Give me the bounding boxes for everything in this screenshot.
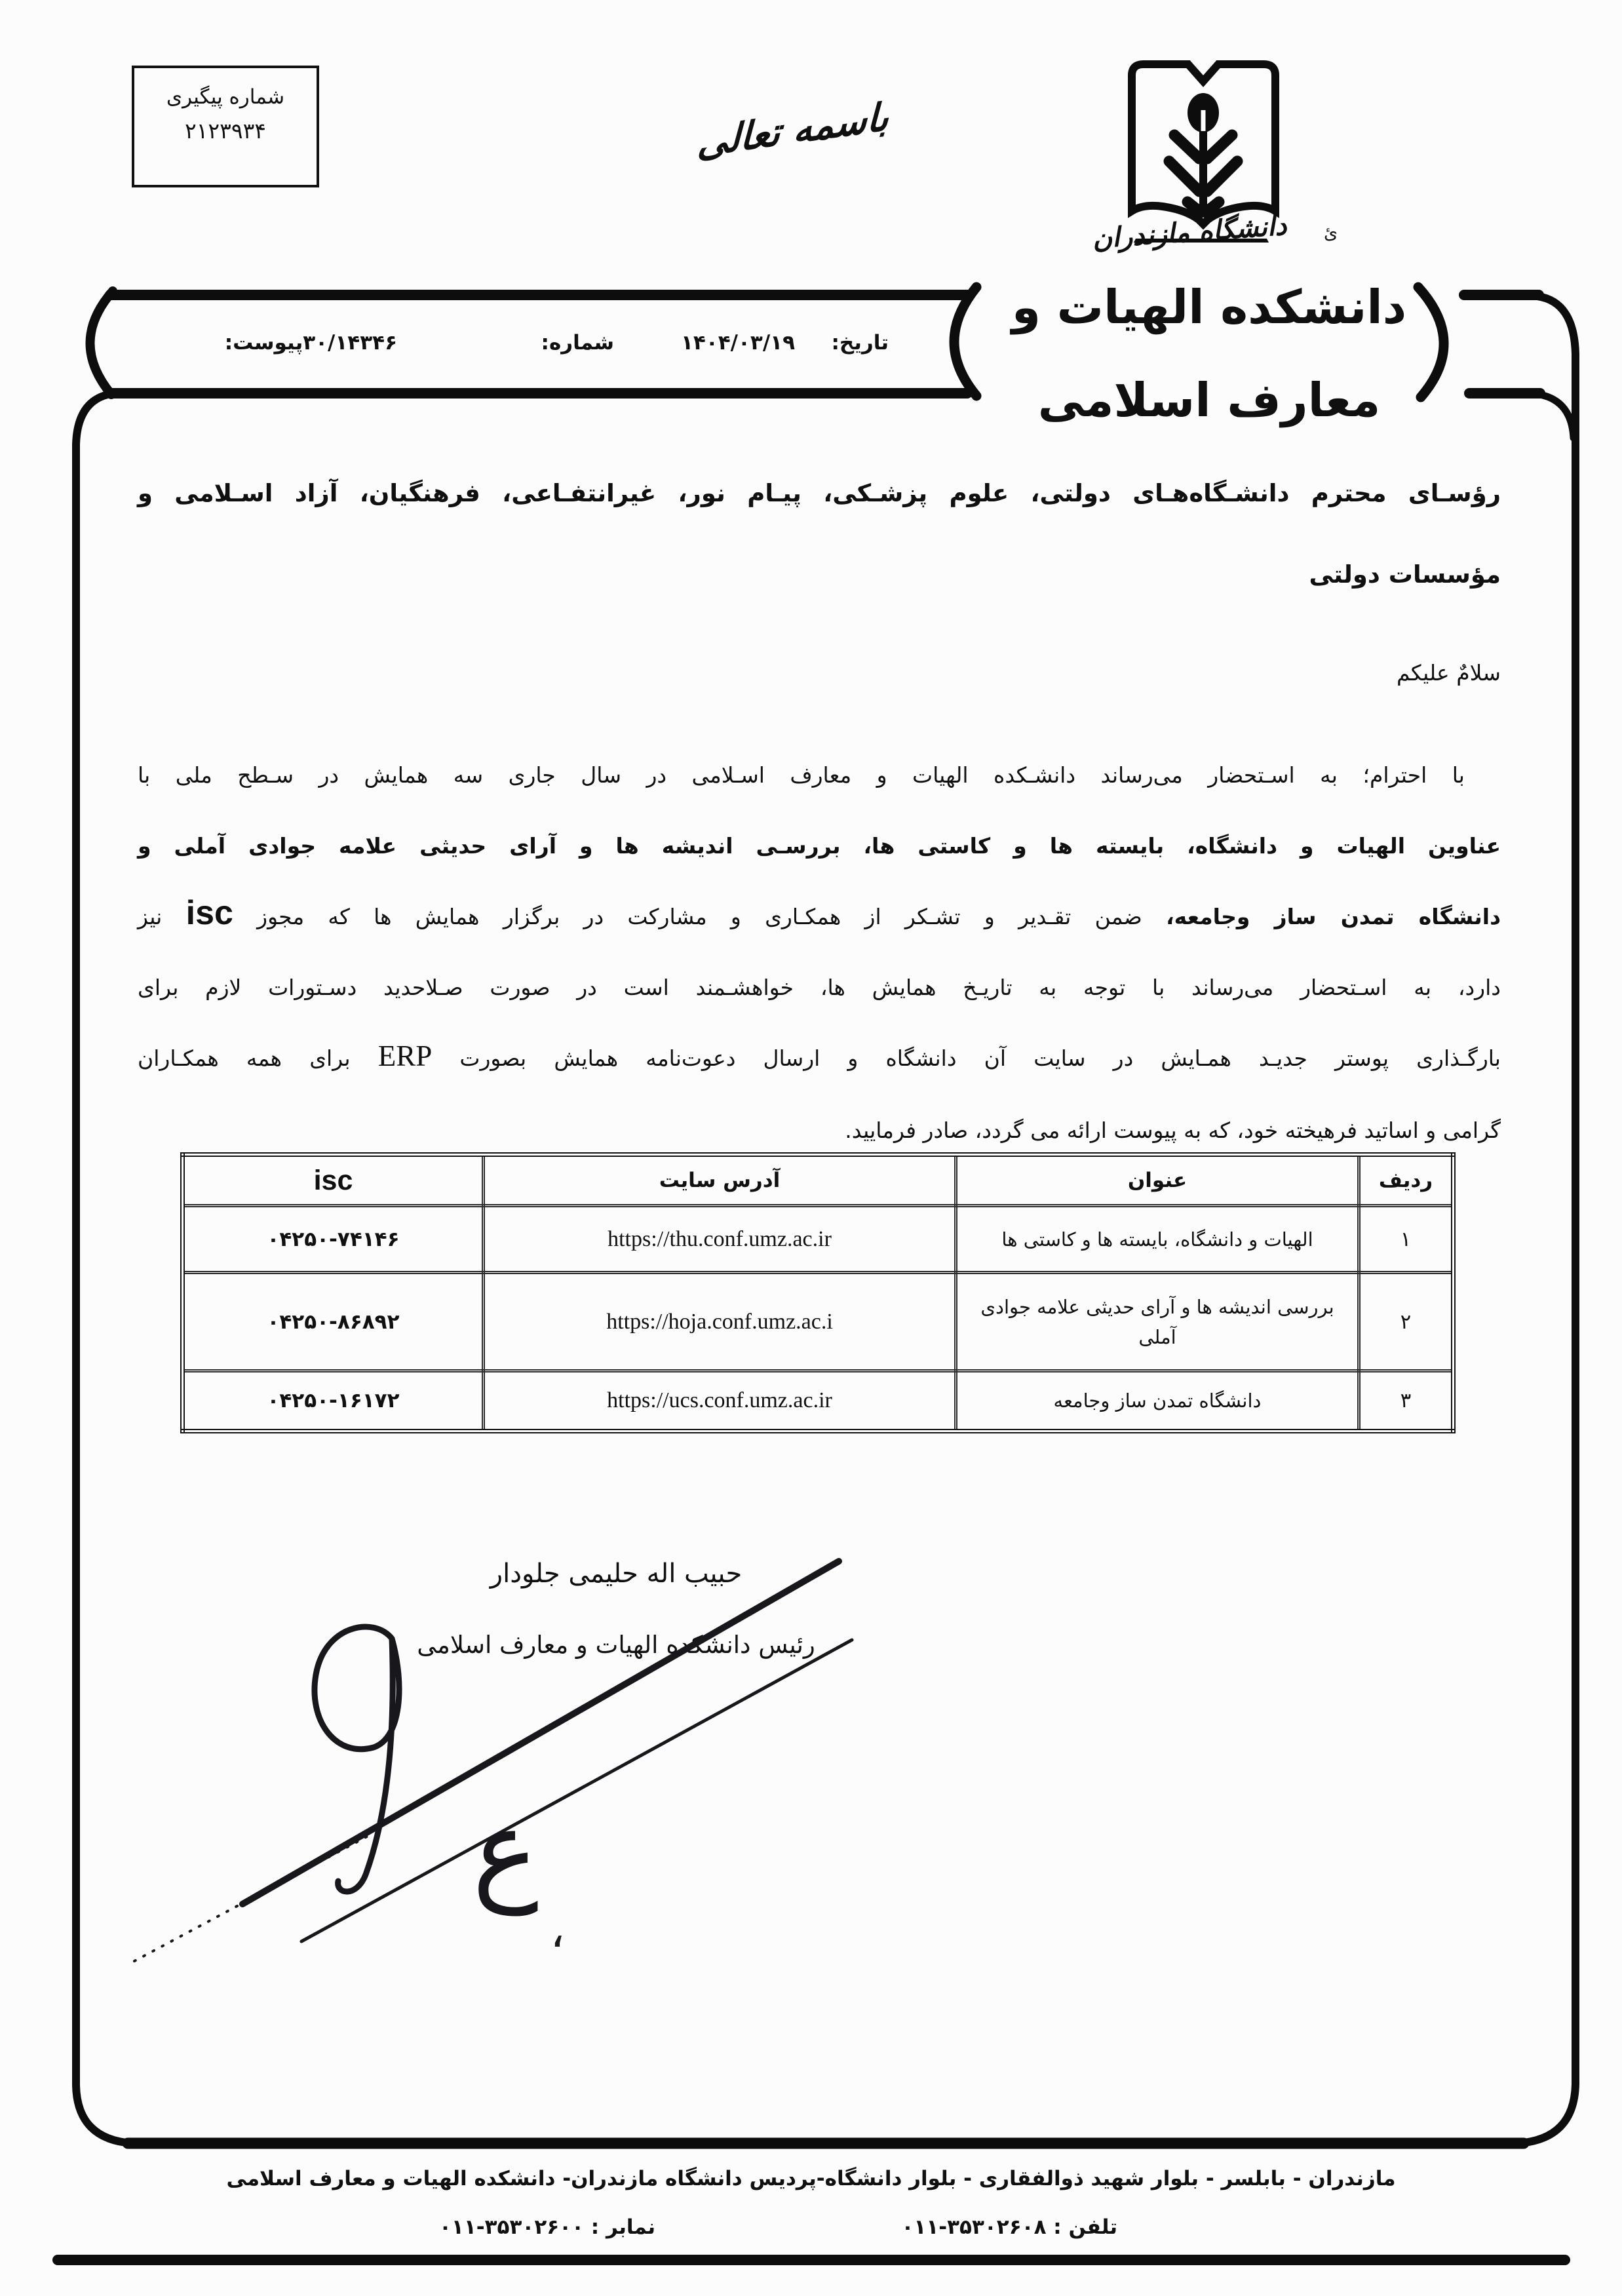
isc-cell: ۰۴۲۵۰-۸۶۸۹۲ <box>183 1273 484 1371</box>
faculty-title: دانشکده الهیات و معارف اسلامی <box>983 261 1435 447</box>
frame-right-border <box>1518 296 1575 2143</box>
body-line: دارد، به اسـتحضار می‌رساند با توجه به تا… <box>138 971 1501 1004</box>
col-header-url: آدرس سایت <box>484 1155 956 1206</box>
handwritten-signature: ع ، <box>98 1527 917 1973</box>
latin-term: ERP <box>378 1040 433 1072</box>
tracking-number-box: شماره پیگیری ۲۱۲۳۹۳۴ <box>132 66 319 187</box>
text-segment: ضمن تقـدیر و تشـکر از همکـاری و مشارکت د… <box>233 904 1166 929</box>
faculty-title-line1: دانشکده الهیات و <box>983 261 1435 354</box>
footer-fax: نمابر : ۳۵۳۰۲۶۰۰-۰۱۱ <box>439 2215 655 2239</box>
url-cell: https://ucs.conf.umz.ac.ir <box>484 1371 956 1431</box>
number-value: ۳۰/۱۴۳۴۶ <box>303 331 397 355</box>
col-header-title: عنوان <box>956 1155 1359 1206</box>
text-segment: دانشگاه تمدن ساز وجامعه، <box>1166 904 1501 929</box>
conferences-table: ردیف عنوان آدرس سایت isc ۱الهیات و دانشگ… <box>180 1152 1456 1433</box>
body-line: بارگـذاری پوستر جدیـد همـایش در سایت آن … <box>138 1042 1501 1075</box>
isc-cell: ۰۴۲۵۰-۷۴۱۴۶ <box>183 1206 484 1273</box>
text-segment: نیز <box>138 904 186 929</box>
col-header-isc: isc <box>183 1155 484 1206</box>
signature-comma-glyph: ، <box>550 1904 565 1958</box>
title-cell: دانشگاه تمدن ساز وجامعه <box>956 1371 1359 1431</box>
url-cell: https://hoja.conf.umz.ac.i <box>484 1273 956 1371</box>
addressee-line1: رؤسـای محترم دانشـگاه‌هـای دولتی، علوم پ… <box>138 477 1501 510</box>
addressee-line2: مؤسسات دولتی <box>138 558 1501 591</box>
faculty-title-line2: معارف اسلامی <box>983 354 1435 447</box>
logo-hamza-mark: ئ <box>1324 223 1338 243</box>
body-line: عناوین الهیات و دانشگاه، بایسته ها و کاس… <box>138 830 1501 863</box>
footer-phone: تلفن : ۳۵۳۰۲۶۰۸-۰۱۱ <box>901 2215 1117 2239</box>
date-label: تاریخ: <box>831 331 889 355</box>
title-cell: الهیات و دانشگاه، بایسته ها و کاستی ها <box>956 1206 1359 1273</box>
table-row: ۲بررسی اندیشه ها و آرای حدیثی علامه جواد… <box>183 1273 1454 1371</box>
col-header-row-number: ردیف <box>1359 1155 1454 1206</box>
text-segment: با احترام؛ به اسـتحضار می‌رساند دانشـکده… <box>138 762 1465 788</box>
footer-address: مازندران - بابلسر - بلوار شهید ذوالفقاری… <box>0 2167 1622 2190</box>
row-number-cell: ۲ <box>1359 1273 1454 1371</box>
tracking-value: ۲۱۲۳۹۳۴ <box>134 118 317 144</box>
table-header-row: ردیف عنوان آدرس سایت isc <box>183 1155 1454 1206</box>
body-line: با احترام؛ به اسـتحضار می‌رساند دانشـکده… <box>138 759 1501 792</box>
salutation: سلامٌ علیکم <box>138 657 1501 690</box>
band-left-cap <box>90 291 113 395</box>
attachment-label: پیوست: <box>225 331 303 355</box>
title-cell: بررسی اندیشه ها و آرای حدیثی علامه جوادی… <box>956 1273 1359 1371</box>
letter-page: دانشگاه مازندران ئ شماره پیگیری ۲۱۲۳۹۳۴ … <box>0 0 1622 2296</box>
table-row: ۳دانشگاه تمدن ساز وجامعهhttps://ucs.conf… <box>183 1371 1454 1431</box>
latin-term: isc <box>186 894 233 932</box>
number-attachment-group: ۳۰/۱۴۳۴۶پیوست: <box>225 331 397 355</box>
table-row: ۱الهیات و دانشگاه، بایسته ها و کاستی هاh… <box>183 1206 1454 1273</box>
signature-ain-glyph: ع <box>473 1786 539 1916</box>
body-line: دانشگاه تمدن ساز وجامعه، ضمن تقـدیر و تش… <box>138 901 1501 933</box>
text-segment: دارد، به اسـتحضار می‌رساند با توجه به تا… <box>138 975 1501 1000</box>
isc-cell: ۰۴۲۵۰-۱۶۱۷۲ <box>183 1371 484 1431</box>
text-segment: گرامی و اساتید فرهیخته خود، که به پیوست … <box>845 1118 1501 1143</box>
date-value: ۱۴۰۴/۰۳/۱۹ <box>681 331 795 355</box>
row-number-cell: ۱ <box>1359 1206 1454 1273</box>
body-line: گرامی و اساتید فرهیخته خود، که به پیوست … <box>138 1114 1501 1147</box>
bracket-open-icon <box>954 287 976 396</box>
text-segment: برای همه همکـاران <box>138 1045 378 1071</box>
band-right-merge <box>1540 395 1574 438</box>
text-segment: بارگـذاری پوستر جدیـد همـایش در سایت آن … <box>432 1045 1501 1071</box>
text-segment: عناوین الهیات و دانشگاه، بایسته ها و کاس… <box>138 833 1501 859</box>
tracking-label: شماره پیگیری <box>134 85 317 109</box>
row-number-cell: ۳ <box>1359 1371 1454 1431</box>
number-label: شماره: <box>541 331 614 355</box>
url-cell: https://thu.conf.umz.ac.ir <box>484 1206 956 1273</box>
